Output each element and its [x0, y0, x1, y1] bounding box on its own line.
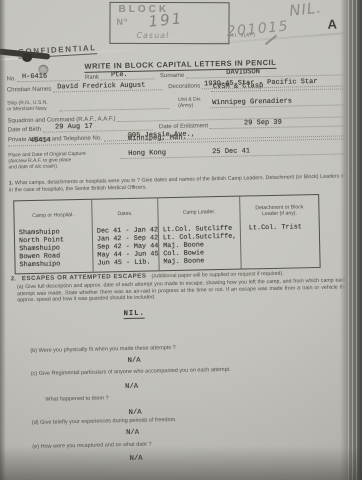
- dob-label: Date of Birth: [8, 127, 43, 134]
- left-photo-edge: [0, 0, 6, 480]
- nil-pencil-note: NIL.: [288, 0, 323, 20]
- rank-line: Pte.: [101, 70, 155, 80]
- decorations-value2: CVSM & Clasp: [213, 82, 264, 91]
- section1-number: 1.: [9, 180, 14, 186]
- leader-header: Camp Leader.: [158, 197, 240, 227]
- decorations-line2: CVSM & Clasp: [211, 80, 343, 92]
- address-value2: Winnipeg, Man.: [128, 134, 187, 143]
- enlistment-value: 29 Sep 39: [244, 119, 282, 128]
- christian-label: Christian Names: [7, 86, 53, 93]
- camp-header: Camp or Hospital.: [14, 200, 92, 230]
- decorations-label: Decorations: [168, 83, 202, 90]
- ship-label: Ship (R.N., U.S.N. or Merchant Navy: [7, 100, 48, 113]
- block-stamp-no-label: Nº: [116, 17, 128, 27]
- capture-place: Hong Kong: [128, 149, 166, 158]
- letter-a-mark: A: [327, 17, 337, 32]
- casual-handwritten: Casual: [136, 31, 169, 40]
- unit-line: Winnipeg Grenadiers: [210, 96, 343, 108]
- phone-value: 45414: [30, 137, 51, 145]
- christian-line: David Fredrick August: [53, 81, 163, 92]
- no-label: No.: [7, 76, 18, 82]
- answer-b: N/A: [127, 357, 140, 365]
- question-b: (b) Were you physically fit when you mad…: [30, 345, 176, 354]
- paper-sheet: BLOCK Nº 191 Casual M.I. 9(AP) NIL. 2010…: [0, 0, 359, 480]
- camps-table: Camp or Hospital. Shamshuipo North Point…: [13, 194, 320, 274]
- block-number-handwritten: 191: [148, 9, 184, 30]
- question-d: (d) Give briefly your experiences during…: [32, 417, 177, 426]
- surname-label: Surname: [160, 73, 186, 80]
- section2-number: 2.: [11, 276, 16, 282]
- capture-line: Hong Kong 25 Dec 41: [120, 145, 344, 159]
- rank-value: Pte.: [111, 71, 128, 79]
- no-value: H-6416: [22, 73, 47, 82]
- page-stack-lines: [348, 0, 358, 480]
- surname-value: DAVIDSON: [226, 68, 260, 77]
- rank-label: Rank: [85, 74, 101, 80]
- enlistment-label: Date of Enlistment: [159, 123, 210, 130]
- paper-fastener: [0, 42, 58, 63]
- table-cell: Shamshuipo: [15, 260, 92, 270]
- dates-header: Dates.: [92, 198, 158, 227]
- answer-c2: N/A: [129, 409, 142, 417]
- block-number-stamp: BLOCK Nº 191 Casual: [109, 2, 229, 44]
- answer-a: NIL.: [123, 310, 144, 319]
- question-c: (c) Give Regimental particulars of anyon…: [31, 367, 231, 377]
- unit-label: Unit & Div. (Army): [178, 96, 201, 108]
- leader-column: Camp Leader. Lt.Col. Sutcliffe Lt. Col.S…: [158, 197, 241, 271]
- question-a: (a) Give full description and approx. da…: [17, 277, 347, 304]
- ship-line: [59, 100, 169, 111]
- block-leader-column: Detachment or Block Leader (if any). Lt.…: [240, 195, 319, 269]
- camp-column: Camp or Hospital. Shamshuipo North Point…: [14, 200, 93, 274]
- unit-value: Winnipeg Grenadiers: [212, 97, 292, 107]
- surname-line: DAVIDSON: [186, 66, 342, 78]
- bottom-shadow: [0, 446, 362, 480]
- no-line: H-6416: [18, 72, 80, 82]
- document-photo: BLOCK Nº 191 Casual M.I. 9(AP) NIL. 2010…: [0, 0, 362, 480]
- section1-question: 1. What camps, detachments or hospitals …: [9, 173, 347, 193]
- answer-d: N/A: [126, 429, 139, 437]
- block-leader-header: Detachment or Block Leader (if any).: [240, 195, 319, 225]
- fastener-knot: [22, 53, 32, 62]
- capture-date: 25 Dec 41: [212, 147, 250, 156]
- capture-label: Place and Date of Original Capture (Airc…: [8, 151, 86, 171]
- table-cell: Jun 45 - Lib.: [93, 258, 158, 267]
- christian-value: David Fredrick August: [57, 82, 145, 92]
- question-c2: What happened to them ?: [45, 395, 108, 402]
- table-cell: Lt.Col. Trist: [241, 223, 319, 233]
- table-cell: Maj. Boone: [159, 257, 240, 267]
- dates-column: Dates. Dec 41 - Jan 42 Jan 42 - Sep 42 S…: [92, 198, 159, 271]
- section2-title: ESCAPES OR ATTEMPTED ESCAPES: [22, 273, 147, 283]
- answer-c: N/A: [125, 383, 138, 391]
- dob-value: 29 Aug 17: [55, 123, 93, 132]
